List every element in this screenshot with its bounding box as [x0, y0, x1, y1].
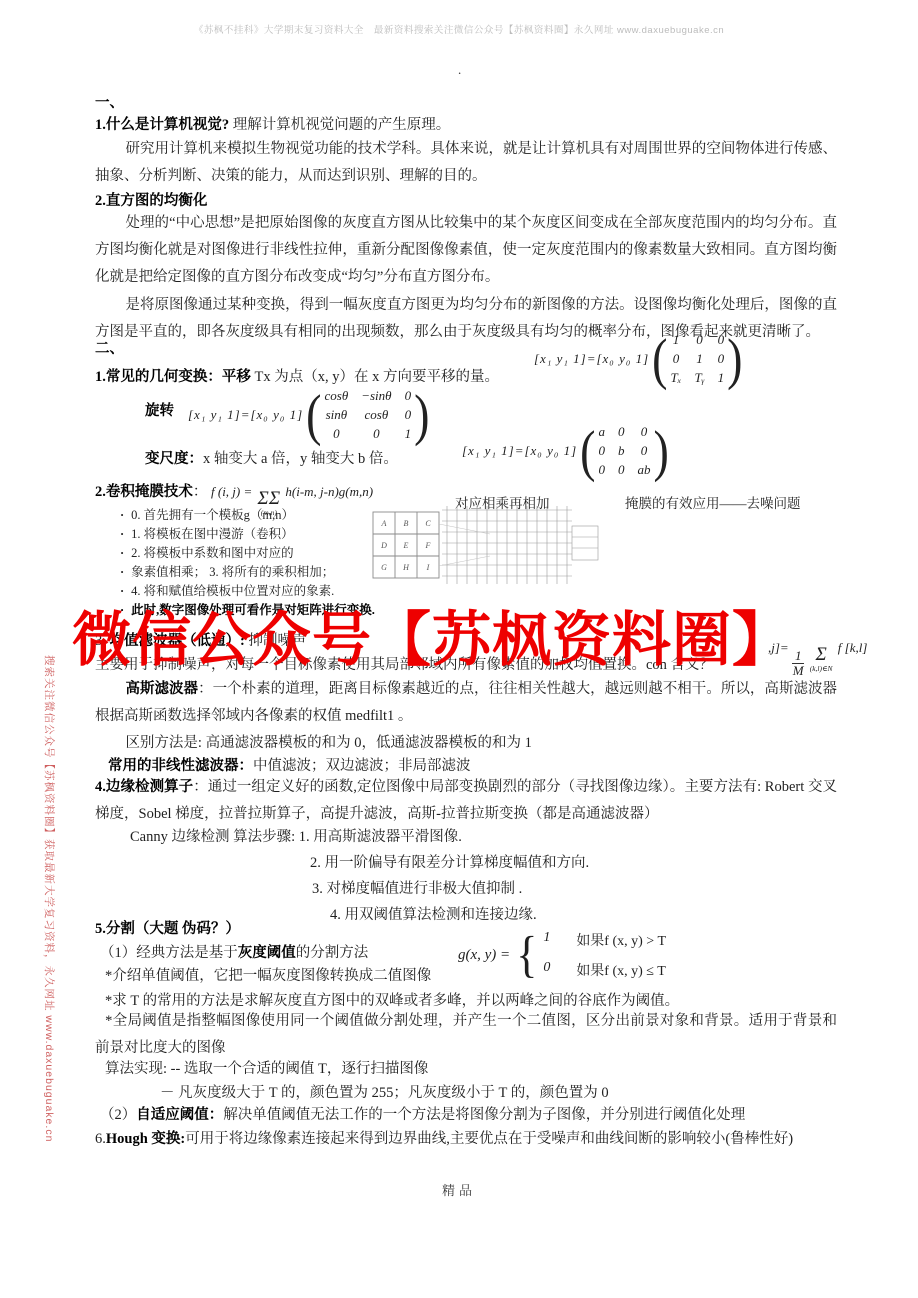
hough-rest: 可用于将边缘像素连接起来得到边界曲线,主要优点在于受噪声和曲线间断的影响较小(鲁…: [185, 1131, 793, 1147]
hough-num: 6.: [95, 1131, 106, 1147]
seg1-post: 的分割方法: [296, 945, 369, 961]
edge-rest: ：通过一组定义好的函数,定位图像中局部变换剧烈的部分（寻找图像边缘）。主要方法有…: [95, 779, 837, 822]
left-brace: {: [516, 930, 537, 981]
rotation-label: 旋转: [145, 398, 174, 425]
scale-bold: 变尺度：: [145, 451, 203, 467]
red-watermark: 微信公众号【苏枫资料圈】: [72, 592, 792, 677]
convolution-formula: f (i, j) = ΣΣ(m,n) h(i-m, j-n)g(m,n): [211, 484, 373, 499]
gauss-paragraph: 高斯滤波器：一个朴素的道理，距离目标像素越近的点，往往相关性越大，越远则越不相干…: [95, 676, 837, 730]
segmentation-line-4: *全局阈值是指整幅图像使用同一个阈值做分割处理，并产生一个二值图，区分出前景对象…: [95, 1008, 837, 1062]
gauss-rest: ：一个朴素的道理，距离目标像素越近的点，往往相关性越大，越远则越不相干。所以，高…: [95, 681, 837, 724]
list-item: 0. 首先拥有一个模板g（m,n）: [120, 506, 375, 525]
seg2-pre: （2）: [100, 1107, 136, 1123]
list-item: 2. 将模板中系数和图中对应的: [120, 544, 375, 563]
q1-paragraph: 研究用计算机来模拟生物视觉功能的技术学科。具体来说，就是让计算机具有对周围世界的…: [95, 136, 837, 190]
scale-matrix-cells: a00 0b0 00ab: [596, 424, 654, 478]
right-paren: ): [654, 422, 669, 480]
segmentation-line-7: （2）自适应阈值：解决单值阈值无法工作的一个方法是将图像分割为子图像，并分别进行…: [100, 1102, 745, 1129]
convolution-colon: ：: [193, 484, 208, 500]
page-footer: 精品: [0, 1180, 918, 1199]
canny-step-1: Canny 边缘检测 算法步骤: 1. 用高斯滤波器平滑图像.: [130, 824, 462, 851]
threshold-cases: 1如果f (x, y) > T 0如果f (x, y) ≤ T: [543, 930, 666, 980]
geometry-rest: Tx 为点（x, y）在 x 方向要平移的量。: [251, 369, 499, 385]
scale-rest: x 轴变大 a 倍，y 轴变大 b 倍。: [203, 451, 398, 467]
segmentation-line-2: *介绍单值阈值，它把一幅灰度图像转换成二值图像: [105, 963, 431, 990]
svg-text:H: H: [402, 563, 410, 572]
gauss-bold: 高斯滤波器: [125, 681, 198, 697]
list-item: 1. 将模板在图中漫游（卷积）: [120, 525, 375, 544]
q2-paragraph-1: 处理的“中心思想”是把原始图像的灰度直方图从比较集中的某个灰度区间变成在全部灰度…: [95, 210, 837, 291]
translation-matrix: [x₁ y₁ 1]=[x₀ y₀ 1] ( 100 010 TₓTᵧ1 ): [534, 332, 743, 386]
svg-text:A: A: [381, 519, 387, 528]
geometry-bold: 1.常见的几何变换：平移: [95, 369, 251, 385]
seg1-bold: 灰度阈值: [238, 945, 296, 961]
rotation-matrix-cells: cosθ−sinθ0 sinθcosθ0 001: [322, 388, 415, 442]
rotation-matrix-prefix: [x₁ y₁ 1]=[x₀ y₀ 1]: [188, 407, 303, 423]
canny-step-3: 3. 对梯度幅值进行非极大值抑制 .: [312, 876, 522, 903]
hough-line: 6.Hough 变换:可用于将边缘像素连接起来得到边界曲线,主要优点在于受噪声和…: [95, 1126, 793, 1153]
section-2-heading: 二、: [95, 336, 124, 363]
right-paren: ): [727, 330, 742, 388]
page-header-watermark: 《苏枫不挂科》大学期末复习资料大全 最新资料搜索关注微信公众号【苏枫资料圈】永久…: [0, 22, 918, 36]
nonlinear-bold: 常用的非线性滤波器：: [108, 758, 253, 774]
convolution-figure-svg: ABC DEF GHI: [372, 504, 600, 586]
translation-matrix-prefix: [x₁ y₁ 1]=[x₀ y₀ 1]: [534, 351, 649, 367]
translation-matrix-cells: 100 010 TₓTᵧ1: [668, 332, 728, 386]
right-paren: ): [414, 386, 429, 444]
threshold-lhs: g(x, y) =: [458, 947, 510, 964]
list-item: 象素值相乘； 3. 将所有的乘积相加；: [120, 563, 375, 582]
svg-text:D: D: [380, 541, 387, 550]
convolution-bold: 2.卷积掩膜技术: [95, 484, 193, 500]
seg2-bold: 自适应阈值：: [136, 1107, 223, 1123]
segmentation-line-5: 算法实现: -- 选取一个合适的阈值 T，逐行扫描图像: [105, 1056, 428, 1083]
convolution-annotation-2: 掩膜的有效应用——去噪问题: [625, 490, 801, 517]
q1-title: 1.什么是计算机视觉? 理解计算机视觉问题的产生原理。: [95, 112, 450, 139]
stray-dot: .: [458, 62, 461, 78]
svg-text:F: F: [425, 541, 431, 550]
scale-line: 变尺度：x 轴变大 a 倍，y 轴变大 b 倍。: [145, 446, 398, 473]
canny-step-4: 4. 用双阈值算法检测和连接边缘.: [330, 902, 537, 929]
svg-text:C: C: [425, 519, 431, 528]
svg-text:B: B: [404, 519, 409, 528]
geometry-line: 1.常见的几何变换：平移 Tx 为点（x, y）在 x 方向要平移的量。: [95, 364, 499, 391]
segmentation-title: 5.分割（大题 伪码？）: [95, 916, 240, 943]
threshold-formula: g(x, y) = { 1如果f (x, y) > T 0如果f (x, y) …: [458, 930, 666, 980]
rotation-matrix: [x₁ y₁ 1]=[x₀ y₀ 1] ( cosθ−sinθ0 sinθcos…: [188, 388, 429, 442]
left-paren: (: [306, 386, 321, 444]
convolution-figure: ABC DEF GHI: [372, 504, 600, 591]
svg-text:G: G: [381, 563, 387, 572]
edge-paragraph: 4.边缘检测算子：通过一组定义好的函数,定位图像中局部变换剧烈的部分（寻找图像边…: [95, 774, 837, 828]
left-paren: (: [652, 330, 667, 388]
document-page: 《苏枫不挂科》大学期末复习资料大全 最新资料搜索关注微信公众号【苏枫资料圈】永久…: [0, 0, 918, 1298]
svg-text:E: E: [403, 541, 409, 550]
scale-matrix-prefix: [x₁ y₁ 1]=[x₀ y₀ 1]: [462, 443, 577, 459]
nonlinear-rest: 中值滤波；双边滤波；非局部滤波: [253, 758, 471, 774]
q1-title-bold: 1.什么是计算机视觉?: [95, 117, 229, 133]
hough-bold: Hough 变换:: [106, 1131, 185, 1147]
q1-title-rest: 理解计算机视觉问题的产生原理。: [229, 117, 450, 133]
left-paren: (: [580, 422, 595, 480]
svg-text:I: I: [426, 563, 430, 572]
scale-matrix: [x₁ y₁ 1]=[x₀ y₀ 1] ( a00 0b0 00ab ): [462, 424, 669, 478]
canny-step-2: 2. 用一阶偏导有限差分计算梯度幅值和方向.: [310, 850, 589, 877]
seg2-post: 解决单值阈值无法工作的一个方法是将图像分割为子图像，并分别进行阈值化处理: [223, 1107, 745, 1123]
edge-bold: 4.边缘检测算子: [95, 779, 193, 795]
sidebar-watermark: 搜索关注微信公众号【苏枫资料圈】获取最新大学复习资料，永久网址 www.daxu…: [42, 655, 57, 1142]
seg1-pre: （1）经典方法是基于: [100, 945, 238, 961]
